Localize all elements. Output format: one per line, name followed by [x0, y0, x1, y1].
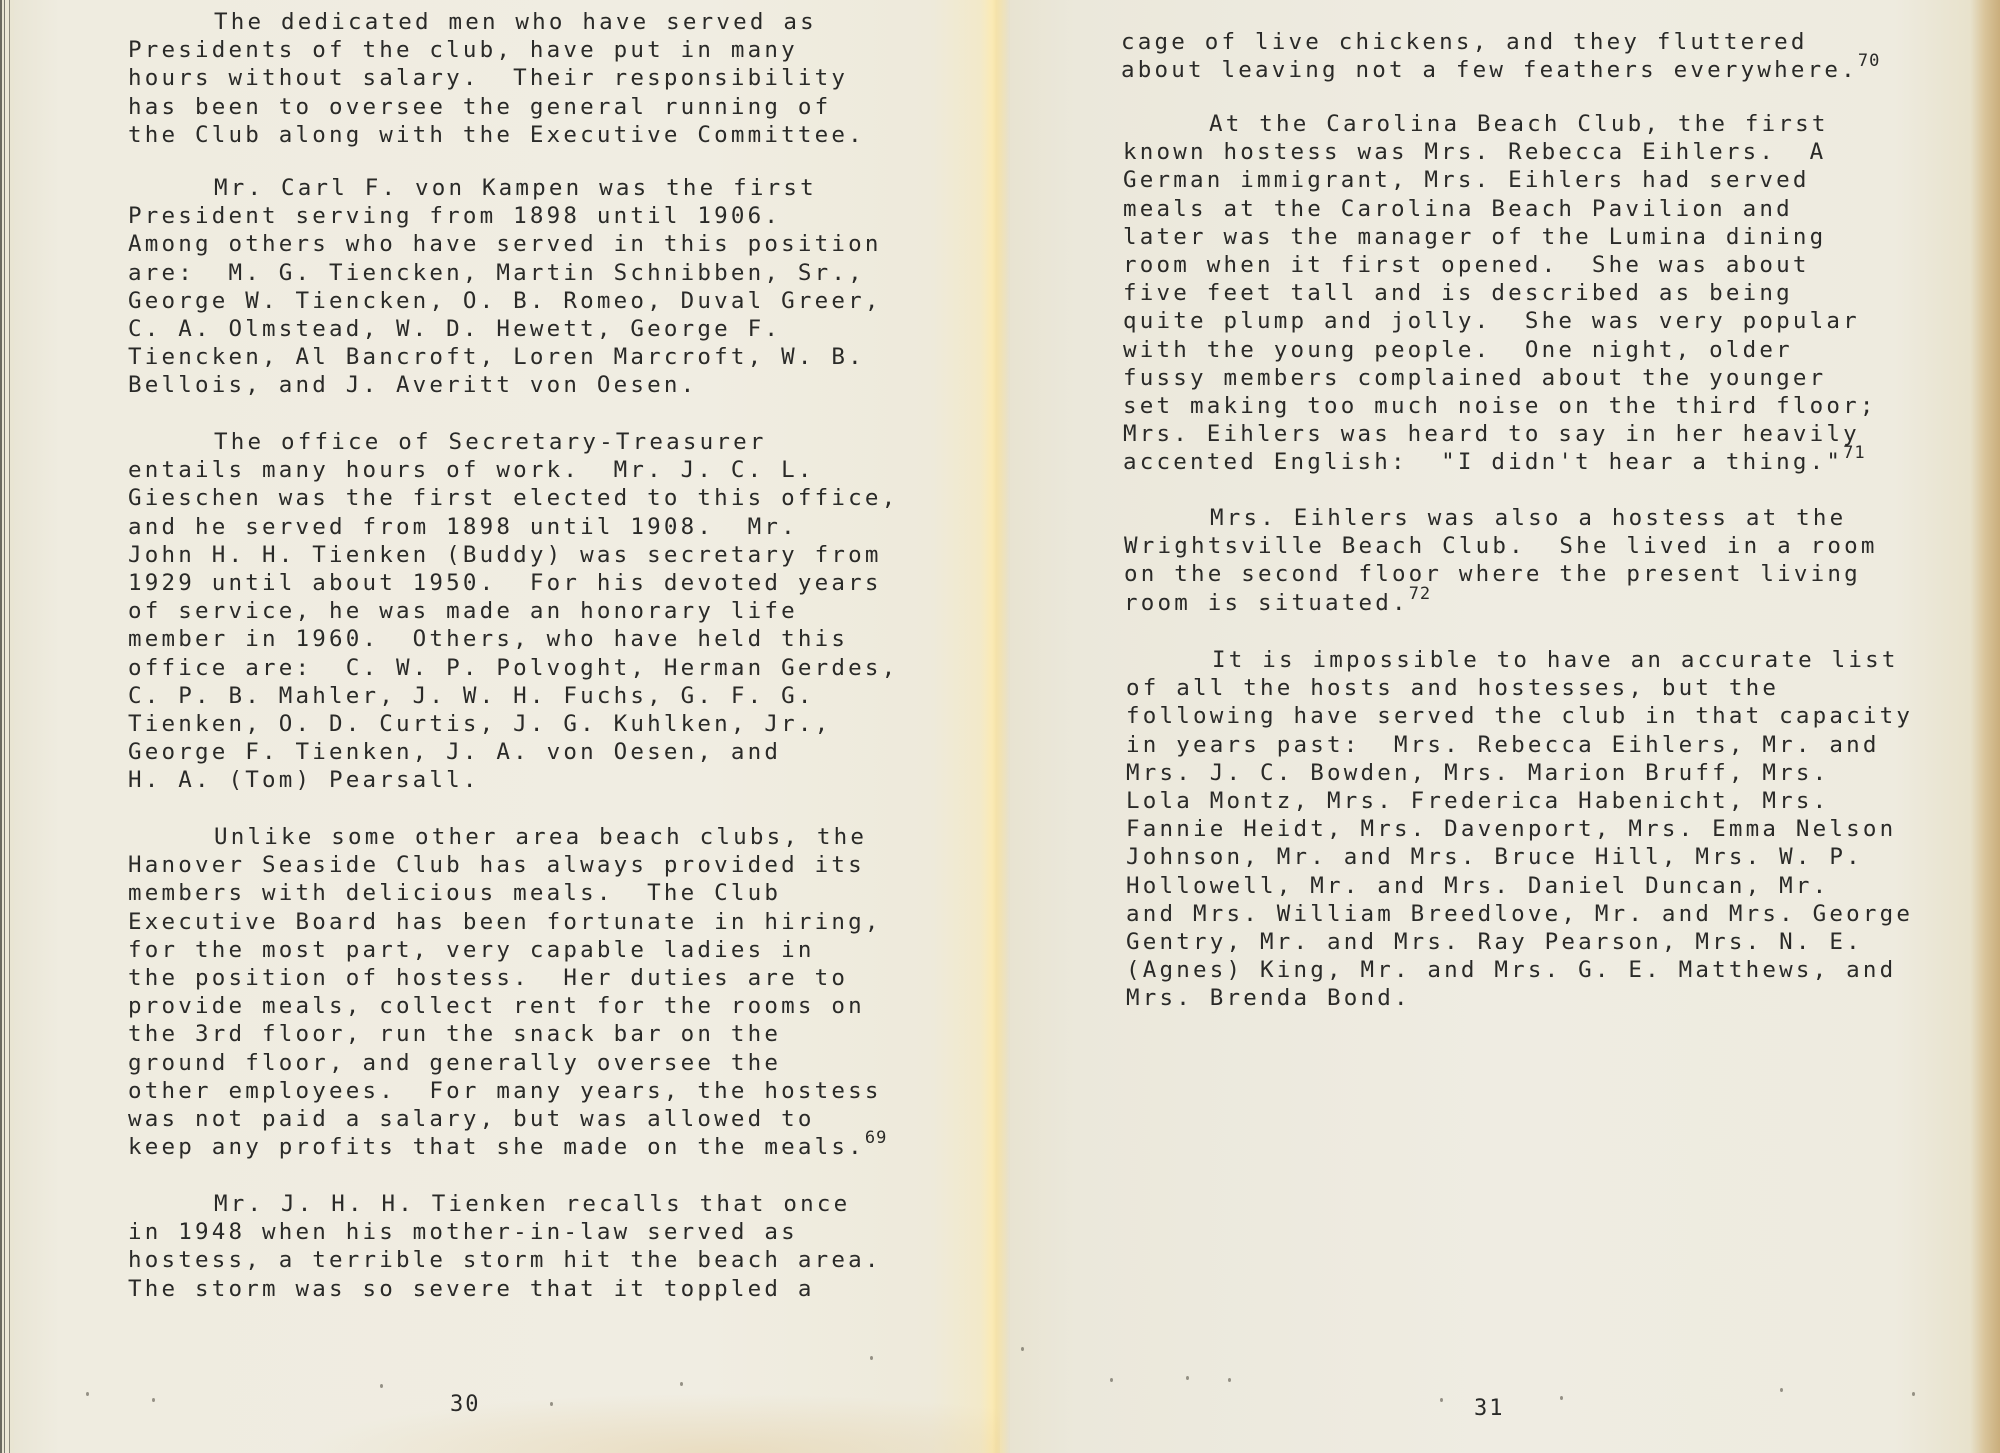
left-paragraph-4: Unlike some other area beach clubs, theH…: [128, 823, 887, 1161]
text-line: the position of hostess. Her duties are …: [128, 964, 887, 992]
text-line: Mrs. J. C. Bowden, Mrs. Marion Bruff, Mr…: [1126, 759, 1913, 787]
text-line: German immigrant, Mrs. Eihlers had serve…: [1123, 166, 1877, 194]
text-line: cage of live chickens, and they fluttere…: [1121, 28, 1880, 56]
text-line: Lola Montz, Mrs. Frederica Habenicht, Mr…: [1126, 787, 1913, 815]
footnote-reference: 71: [1843, 443, 1865, 463]
paper-speck: [1780, 1388, 1783, 1392]
text-line: George W. Tiencken, O. B. Romeo, Duval G…: [128, 287, 882, 315]
text-line: hostess, a terrible storm hit the beach …: [128, 1246, 882, 1274]
paper-speck: [870, 1356, 873, 1360]
text-line: are: M. G. Tiencken, Martin Schnibben, S…: [128, 259, 882, 287]
paper-speck: [1186, 1376, 1189, 1380]
paper-speck: [1110, 1378, 1113, 1382]
text-line: quite plump and jolly. She was very popu…: [1123, 307, 1877, 335]
footnote-reference: 69: [865, 1128, 887, 1148]
book-gutter: [980, 0, 1010, 1453]
text-line: (Agnes) King, Mr. and Mrs. G. E. Matthew…: [1126, 956, 1913, 984]
footnote-reference: 70: [1858, 51, 1880, 71]
text-line: The office of Secretary-Treasurer: [128, 428, 898, 456]
text-line: known hostess was Mrs. Rebecca Eihlers. …: [1123, 138, 1877, 166]
text-line: Mrs. Brenda Bond.: [1126, 984, 1913, 1012]
text-line: about leaving not a few feathers everywh…: [1121, 56, 1880, 84]
text-line: of all the hosts and hostesses, but the: [1126, 674, 1913, 702]
text-line: John H. H. Tienken (Buddy) was secretary…: [128, 541, 898, 569]
text-line: five feet tall and is described as being: [1123, 279, 1877, 307]
text-line: Hanover Seaside Club has always provided…: [128, 851, 887, 879]
text-line: on the second floor where the present li…: [1124, 560, 1878, 588]
text-line: members with delicious meals. The Club: [128, 879, 887, 907]
paper-stain: [300, 1393, 1000, 1453]
right-paragraph-3: Mrs. Eihlers was also a hostess at theWr…: [1124, 504, 1878, 617]
right-paragraph-1: cage of live chickens, and they fluttere…: [1121, 28, 1880, 84]
page-number-right: 31: [1474, 1396, 1505, 1421]
text-line: 1929 until about 1950. For his devoted y…: [128, 569, 898, 597]
paper-speck: [1440, 1398, 1443, 1402]
paper-speck: [550, 1402, 553, 1406]
paper-speck: [1228, 1378, 1231, 1382]
text-line: The storm was so severe that it toppled …: [128, 1275, 882, 1303]
text-line: has been to oversee the general running …: [128, 93, 865, 121]
right-paragraph-4: It is impossible to have an accurate lis…: [1126, 646, 1913, 1012]
text-line: Tienken, O. D. Curtis, J. G. Kuhlken, Jr…: [128, 710, 898, 738]
text-line: Executive Board has been fortunate in hi…: [128, 908, 887, 936]
book-spread: The dedicated men who have served asPres…: [0, 0, 2000, 1453]
text-line: later was the manager of the Lumina dini…: [1123, 223, 1877, 251]
page-number-left: 30: [450, 1392, 481, 1417]
text-line: office are: C. W. P. Polvoght, Herman Ge…: [128, 654, 898, 682]
text-line: meals at the Carolina Beach Pavilion and: [1123, 195, 1877, 223]
paper-speck: [380, 1384, 383, 1388]
paper-speck: [1560, 1396, 1563, 1400]
text-line: Among others who have served in this pos…: [128, 230, 882, 258]
text-line: C. A. Olmstead, W. D. Hewett, George F.: [128, 315, 882, 343]
text-line: Mr. Carl F. von Kampen was the first: [128, 174, 882, 202]
left-paragraph-2: Mr. Carl F. von Kampen was the firstPres…: [128, 174, 882, 400]
text-line: other employees. For many years, the hos…: [128, 1077, 887, 1105]
text-line: Tiencken, Al Bancroft, Loren Marcroft, W…: [128, 343, 882, 371]
text-line: C. P. B. Mahler, J. W. H. Fuchs, G. F. G…: [128, 682, 898, 710]
text-line: was not paid a salary, but was allowed t…: [128, 1105, 887, 1133]
paper-speck: [680, 1382, 683, 1386]
paper-speck: [1912, 1392, 1915, 1396]
text-line: Johnson, Mr. and Mrs. Bruce Hill, Mrs. W…: [1126, 843, 1913, 871]
text-line: George F. Tienken, J. A. von Oesen, and: [128, 738, 898, 766]
footnote-reference: 72: [1409, 584, 1431, 604]
text-line: in years past: Mrs. Rebecca Eihlers, Mr.…: [1126, 731, 1913, 759]
text-line: in 1948 when his mother-in-law served as: [128, 1218, 882, 1246]
text-line: H. A. (Tom) Pearsall.: [128, 766, 898, 794]
text-line: Bellois, and J. Averitt von Oesen.: [128, 371, 882, 399]
text-line: for the most part, very capable ladies i…: [128, 936, 887, 964]
text-line: It is impossible to have an accurate lis…: [1126, 646, 1913, 674]
text-line: Hollowell, Mr. and Mrs. Daniel Duncan, M…: [1126, 872, 1913, 900]
text-line: Presidents of the club, have put in many: [128, 36, 865, 64]
text-line: Gieschen was the first elected to this o…: [128, 484, 898, 512]
text-line: Wrightsville Beach Club. She lived in a …: [1124, 532, 1878, 560]
left-paragraph-5: Mr. J. H. H. Tienken recalls that oncein…: [128, 1190, 882, 1303]
text-line: room when it first opened. She was about: [1123, 251, 1877, 279]
page-edge-left: [0, 0, 14, 1453]
text-line: Fannie Heidt, Mrs. Davenport, Mrs. Emma …: [1126, 815, 1913, 843]
paper-speck: [152, 1398, 155, 1402]
text-line: the 3rd floor, run the snack bar on the: [128, 1020, 887, 1048]
text-line: member in 1960. Others, who have held th…: [128, 625, 898, 653]
text-line: accented English: "I didn't hear a thing…: [1123, 448, 1877, 476]
text-line: with the young people. One night, older: [1123, 336, 1877, 364]
text-line: of service, he was made an honorary life: [128, 597, 898, 625]
right-paragraph-2: At the Carolina Beach Club, the firstkno…: [1123, 110, 1877, 476]
left-paragraph-1: The dedicated men who have served asPres…: [128, 8, 865, 149]
text-line: ground floor, and generally oversee the: [128, 1049, 887, 1077]
text-line: fussy members complained about the young…: [1123, 364, 1877, 392]
text-line: Mrs. Eihlers was heard to say in her hea…: [1123, 420, 1877, 448]
text-line: and Mrs. William Breedlove, Mr. and Mrs.…: [1126, 900, 1913, 928]
text-line: Unlike some other area beach clubs, the: [128, 823, 887, 851]
text-line: following have served the club in that c…: [1126, 702, 1913, 730]
text-line: set making too much noise on the third f…: [1123, 392, 1877, 420]
left-paragraph-3: The office of Secretary-Treasurerentails…: [128, 428, 898, 794]
text-line: President serving from 1898 until 1906.: [128, 202, 882, 230]
paper-speck: [86, 1392, 89, 1396]
text-line: provide meals, collect rent for the room…: [128, 992, 887, 1020]
text-line: Mr. J. H. H. Tienken recalls that once: [128, 1190, 882, 1218]
text-line: keep any profits that she made on the me…: [128, 1133, 887, 1161]
text-line: entails many hours of work. Mr. J. C. L.: [128, 456, 898, 484]
text-line: At the Carolina Beach Club, the first: [1123, 110, 1877, 138]
text-line: Gentry, Mr. and Mrs. Ray Pearson, Mrs. N…: [1126, 928, 1913, 956]
text-line: hours without salary. Their responsibili…: [128, 64, 865, 92]
text-line: room is situated.72: [1124, 589, 1878, 617]
text-line: the Club along with the Executive Commit…: [128, 121, 865, 149]
text-line: The dedicated men who have served as: [128, 8, 865, 36]
paper-speck: [1021, 1347, 1024, 1351]
text-line: Mrs. Eihlers was also a hostess at the: [1124, 504, 1878, 532]
text-line: and he served from 1898 until 1908. Mr.: [128, 513, 898, 541]
